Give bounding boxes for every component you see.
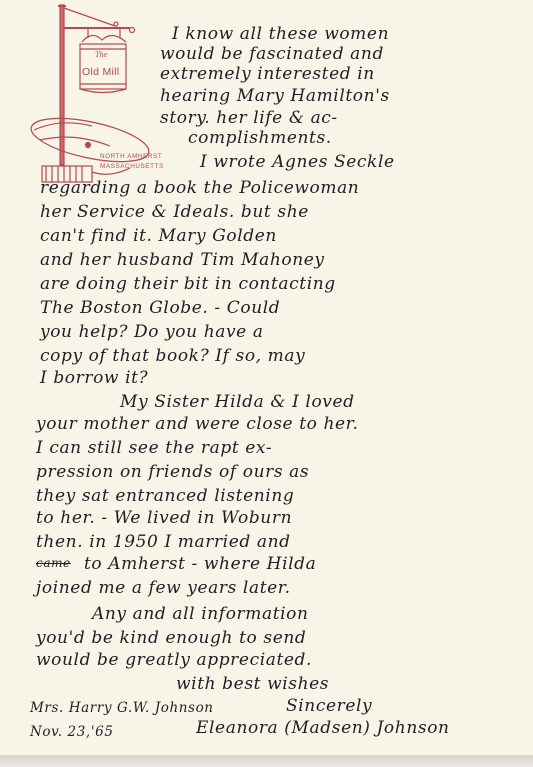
letter-line: to her. - We lived in Woburn	[36, 508, 292, 528]
letter-line: can't find it. Mary Golden	[40, 226, 277, 246]
letter-line: story. her life & ac-	[160, 108, 338, 128]
letter-line: I borrow it?	[40, 368, 148, 388]
location-line-2: MASSACHUSETTS	[100, 163, 164, 170]
letter-line: you help? Do you have a	[40, 322, 264, 342]
letter-line: with best wishes	[176, 674, 329, 694]
letter-line: regarding a book the Policewoman	[40, 178, 359, 198]
letter-line: copy of that book? If so, may	[40, 346, 305, 366]
hanging-sign-icon	[0, 0, 160, 200]
sign-name-text: Old Mill	[82, 66, 119, 78]
letter-line: then. in 1950 I married and	[36, 532, 291, 552]
letter-line: to Amherst - where Hilda	[84, 554, 316, 574]
letter-line: pression on friends of ours as	[36, 462, 309, 482]
letter-line: you'd be kind enough to send	[36, 628, 306, 648]
page-bottom-edge	[0, 755, 533, 767]
letter-line: and her husband Tim Mahoney	[40, 250, 325, 270]
signature: Eleanora (Madsen) Johnson	[196, 718, 450, 738]
letter-line: are doing their bit in contacting	[40, 274, 336, 294]
letter-line: I wrote Agnes Seckle	[200, 152, 395, 172]
letter-line: extremely interested in	[160, 64, 375, 84]
letter-line: would be fascinated and	[160, 44, 384, 64]
letter-line: I can still see the rapt ex-	[36, 438, 272, 458]
letter-line: complishments.	[188, 128, 332, 148]
old-mill-letterhead: The Old Mill NORTH AMHERST MASSACHUSETTS	[0, 0, 160, 200]
location-line-1: NORTH AMHERST	[100, 153, 162, 160]
sign-the-text: The	[95, 50, 107, 59]
crossed-out-word: came	[36, 556, 71, 570]
letter-line: they sat entranced listening	[36, 486, 294, 506]
letter-line: her Service & Ideals. but she	[40, 202, 309, 222]
closing: Sincerely	[286, 696, 372, 716]
letter-line: I know all these women	[172, 24, 389, 44]
letter-line: My Sister Hilda & I loved	[120, 392, 355, 412]
letter-date: Nov. 23,'65	[30, 724, 114, 740]
letter-line: hearing Mary Hamilton's	[160, 86, 390, 106]
recipient-name: Mrs. Harry G.W. Johnson	[30, 700, 214, 716]
letter-line: The Boston Globe. - Could	[40, 298, 280, 318]
letter-line: Any and all information	[92, 604, 309, 624]
letter-line: joined me a few years later.	[36, 578, 291, 598]
letter-line: would be greatly appreciated.	[36, 650, 312, 670]
letter-line: your mother and were close to her.	[36, 414, 359, 434]
